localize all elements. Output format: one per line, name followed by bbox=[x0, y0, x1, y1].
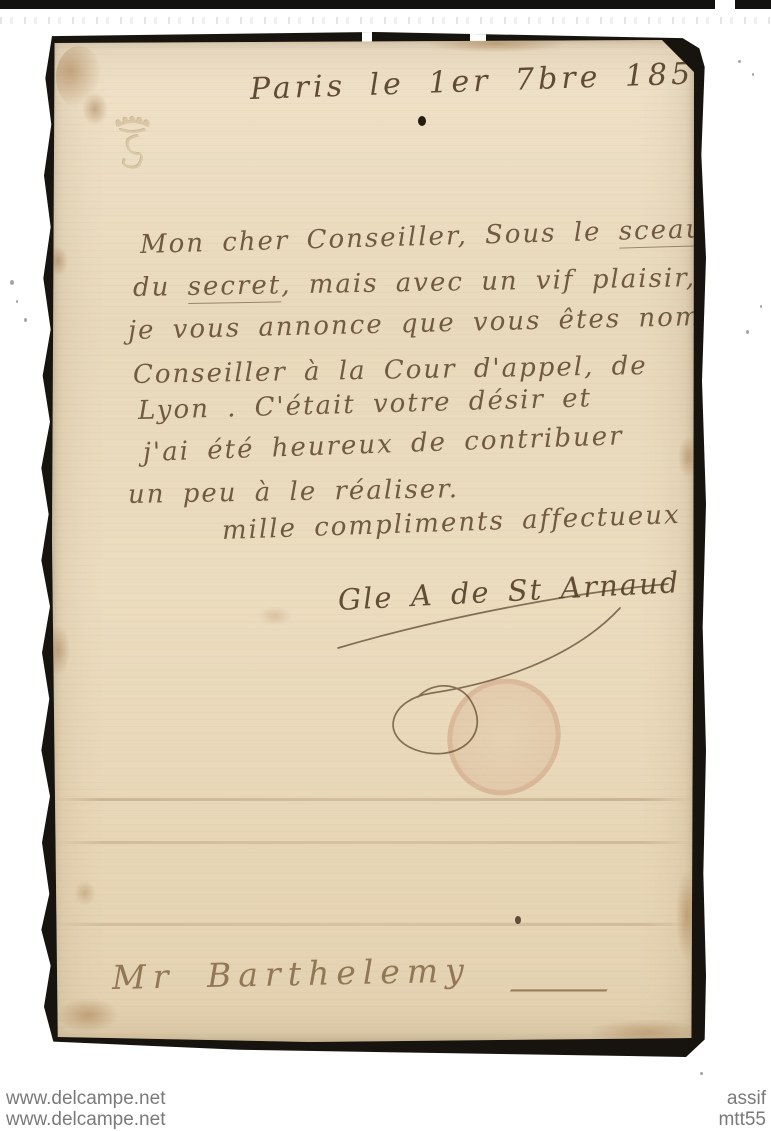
scan-noise-row bbox=[0, 17, 771, 24]
paper-texture bbox=[52, 40, 694, 1042]
scan-speck bbox=[746, 330, 749, 334]
watermark-line: www.delcampe.net bbox=[6, 1088, 165, 1109]
stain bbox=[46, 625, 70, 675]
stain bbox=[678, 436, 698, 478]
letter-body-line-2: du secret, mais avec un vif plaisir, bbox=[133, 263, 697, 303]
scanner-edge-strip bbox=[0, 0, 771, 9]
scan-speck bbox=[760, 305, 762, 308]
watermark-seller: assif mtt55 bbox=[718, 1088, 766, 1130]
body-text: Mon cher Conseiller, Sous le bbox=[140, 217, 620, 260]
stain bbox=[676, 870, 698, 960]
scan-speck bbox=[16, 300, 18, 303]
stain bbox=[58, 998, 118, 1032]
letter-body-line-1: Mon cher Conseiller, Sous le sceau bbox=[140, 214, 705, 260]
addressee-name: Mr Barthelemy bbox=[112, 950, 472, 997]
scan-speck bbox=[752, 73, 754, 76]
stain bbox=[56, 46, 102, 108]
watermark-delcampe: www.delcampe.net www.delcampe.net bbox=[6, 1088, 165, 1130]
letter-body-line-6: j'ai été heureux de contribuer bbox=[142, 421, 624, 468]
stain bbox=[82, 92, 108, 126]
stain bbox=[48, 246, 68, 276]
body-text: , mais avec un vif plaisir, bbox=[281, 263, 696, 300]
scan-speck bbox=[10, 280, 14, 285]
letter-scan: Paris le 1er 7bre 1852. Mon cher Conseil… bbox=[40, 32, 706, 1058]
underlined-word: sceau bbox=[618, 214, 704, 248]
letter-body-line-5: Lyon . C'était votre désir et bbox=[138, 383, 593, 426]
body-text: du bbox=[133, 272, 188, 303]
signature-paraph bbox=[320, 560, 680, 800]
scan-speck bbox=[24, 318, 27, 322]
scan-speck bbox=[738, 60, 741, 63]
fold-crease bbox=[52, 841, 694, 844]
letter-body-line-7: un peu à le réaliser. bbox=[128, 474, 460, 510]
stain bbox=[592, 1020, 702, 1044]
watermark-line: assif bbox=[718, 1088, 766, 1109]
stain bbox=[258, 606, 292, 626]
letter-paper: Paris le 1er 7bre 1852. Mon cher Conseil… bbox=[52, 40, 694, 1042]
letter-dateline: Paris le 1er 7bre 1852. bbox=[249, 55, 731, 107]
watermark-line: mtt55 bbox=[718, 1109, 766, 1130]
stain bbox=[74, 880, 96, 906]
ink-blot bbox=[418, 116, 426, 126]
fold-crease bbox=[52, 923, 694, 926]
crown-monogram-emboss-icon bbox=[108, 110, 158, 174]
stain bbox=[430, 36, 562, 52]
scanner-edge-notch bbox=[715, 0, 735, 9]
addressee-dash: — bbox=[506, 968, 612, 1007]
scan-speck bbox=[700, 1072, 703, 1075]
letter-body-line-3: je vous annonce que vous êtes nommé bbox=[128, 301, 746, 346]
underlined-word: secret bbox=[187, 270, 281, 304]
watermark-line: www.delcampe.net bbox=[6, 1109, 165, 1130]
